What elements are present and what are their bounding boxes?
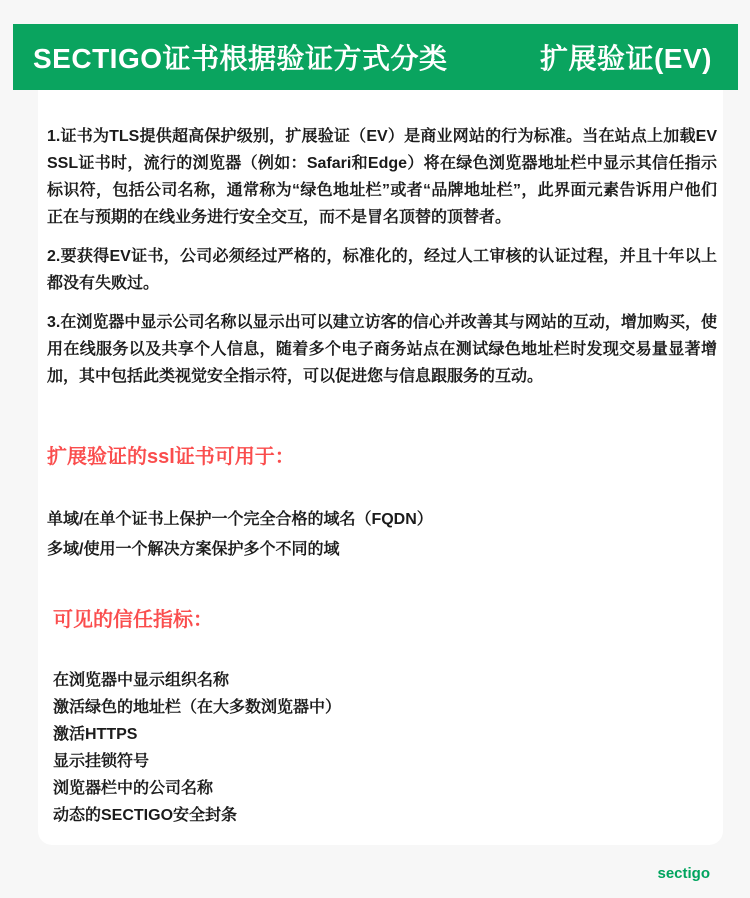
paragraph-3: 3.在浏览器中显示公司名称以显示出可以建立访客的信心并改善其与网站的互动，增加购…	[47, 309, 717, 390]
uses-section-heading: 扩展验证的ssl证书可用于：	[47, 446, 717, 468]
indicators-list-item: 显示挂锁符号	[53, 748, 717, 775]
header-title-left: SECTIGO证书根据验证方式分类	[33, 37, 448, 77]
indicators-list-item: 在浏览器中显示组织名称	[53, 667, 717, 694]
indicators-list-item: 动态的SECTIGO安全封条	[53, 802, 717, 829]
uses-list-item: 多域/使用一个解决方案保护多个不同的域	[47, 535, 717, 565]
page-header: SECTIGO证书根据验证方式分类 扩展验证(EV)	[13, 24, 738, 90]
indicators-section-heading: 可见的信任指标：	[47, 609, 717, 631]
page-footer: sectigo	[0, 845, 750, 898]
paragraph-2: 2.要获得EV证书，公司必须经过严格的，标准化的，经过人工审核的认证过程，并且十…	[47, 243, 717, 297]
uses-list: 单域/在单个证书上保护一个完全合格的域名（FQDN） 多域/使用一个解决方案保护…	[47, 505, 717, 565]
header-title-right: 扩展验证(EV)	[540, 37, 712, 77]
paragraph-1: 1.证书为TLS提供超高保护级别，扩展验证（EV）是商业网站的行为标准。当在站点…	[47, 123, 717, 231]
content-card: 1.证书为TLS提供超高保护级别，扩展验证（EV）是商业网站的行为标准。当在站点…	[38, 90, 723, 845]
uses-list-item: 单域/在单个证书上保护一个完全合格的域名（FQDN）	[47, 505, 717, 535]
indicators-list-item: 浏览器栏中的公司名称	[53, 775, 717, 802]
indicators-list-item: 激活HTTPS	[53, 721, 717, 748]
indicators-list-item: 激活绿色的地址栏（在大多数浏览器中）	[53, 694, 717, 721]
indicators-list: 在浏览器中显示组织名称 激活绿色的地址栏（在大多数浏览器中） 激活HTTPS 显…	[47, 667, 717, 829]
sectigo-wordmark: sectigo	[657, 865, 710, 882]
document-page: { "colors": { "header_green": "#0aa45f",…	[0, 0, 750, 898]
